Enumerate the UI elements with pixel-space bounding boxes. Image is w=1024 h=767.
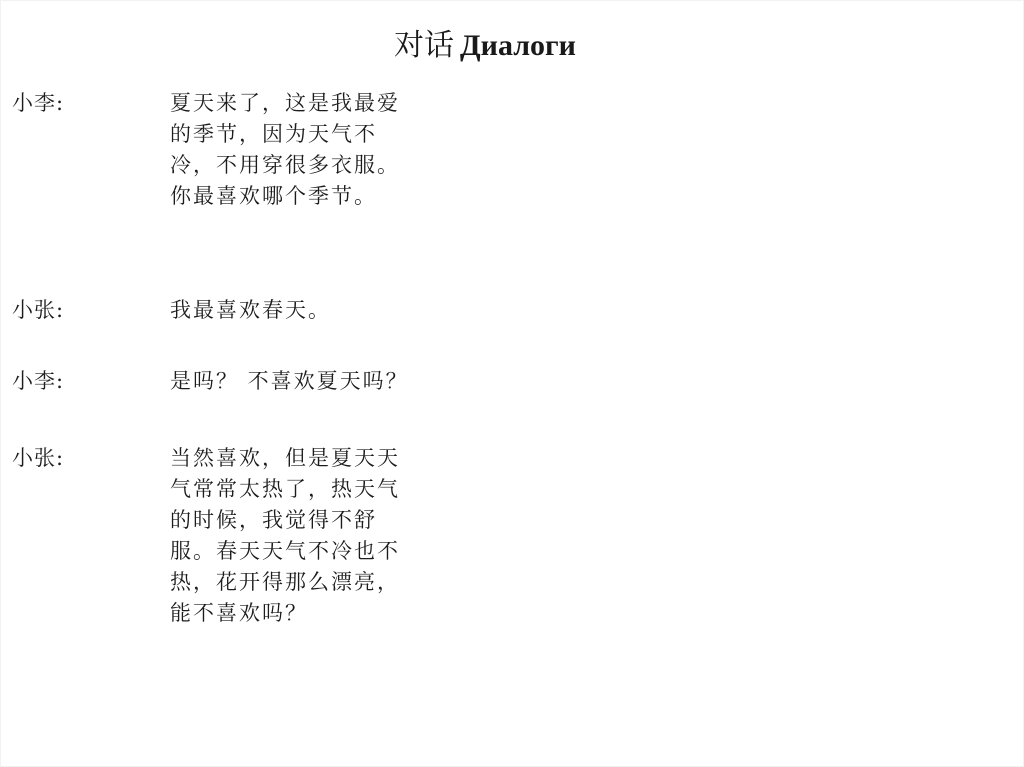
dialogue-turn-2: 小张: 我最喜欢春天。 [12,295,512,326]
dialogue-turn-3: 小李: 是吗？ 不喜欢夏天吗？ [12,366,512,397]
dialogue-line: 夏天来了，这是我最爱 [170,88,512,119]
dialogue-line: 冷，不用穿很多衣服。 [170,150,512,181]
dialogue-line: 的季节，因为天气不 [170,119,512,150]
dialogue-turn-1: 小李: 夏天来了，这是我最爱 的季节，因为天气不 冷，不用穿很多衣服。 你最喜欢… [12,88,512,212]
title-chinese: 对话 [394,28,454,63]
dialogue-line: 当然喜欢，但是夏天天 [170,443,512,474]
speaker-label: 小李: [12,366,64,397]
dialogue-line: 的时候，我觉得不舒 [170,505,512,536]
speaker-label: 小李: [12,88,64,119]
dialogue-line: 你最喜欢哪个季节。 [170,181,512,212]
dialogue-line: 是吗？ 不喜欢夏天吗？ [170,366,512,397]
dialogue-line: 服。春天天气不冷也不 [170,536,512,567]
dialogue-line: 热，花开得那么漂亮， [170,567,512,598]
dialogue-line: 气常常太热了，热天气 [170,474,512,505]
slide-title: 对话Диалоги [0,26,970,66]
speaker-label: 小张: [12,443,64,474]
title-russian: Диалоги [460,29,576,62]
dialogue-line: 我最喜欢春天。 [170,295,512,326]
dialogue-turn-4: 小张: 当然喜欢，但是夏天天 气常常太热了，热天气 的时候，我觉得不舒 服。春天… [12,443,512,629]
dialogue-line: 能不喜欢吗？ [170,598,512,629]
speaker-label: 小张: [12,295,64,326]
